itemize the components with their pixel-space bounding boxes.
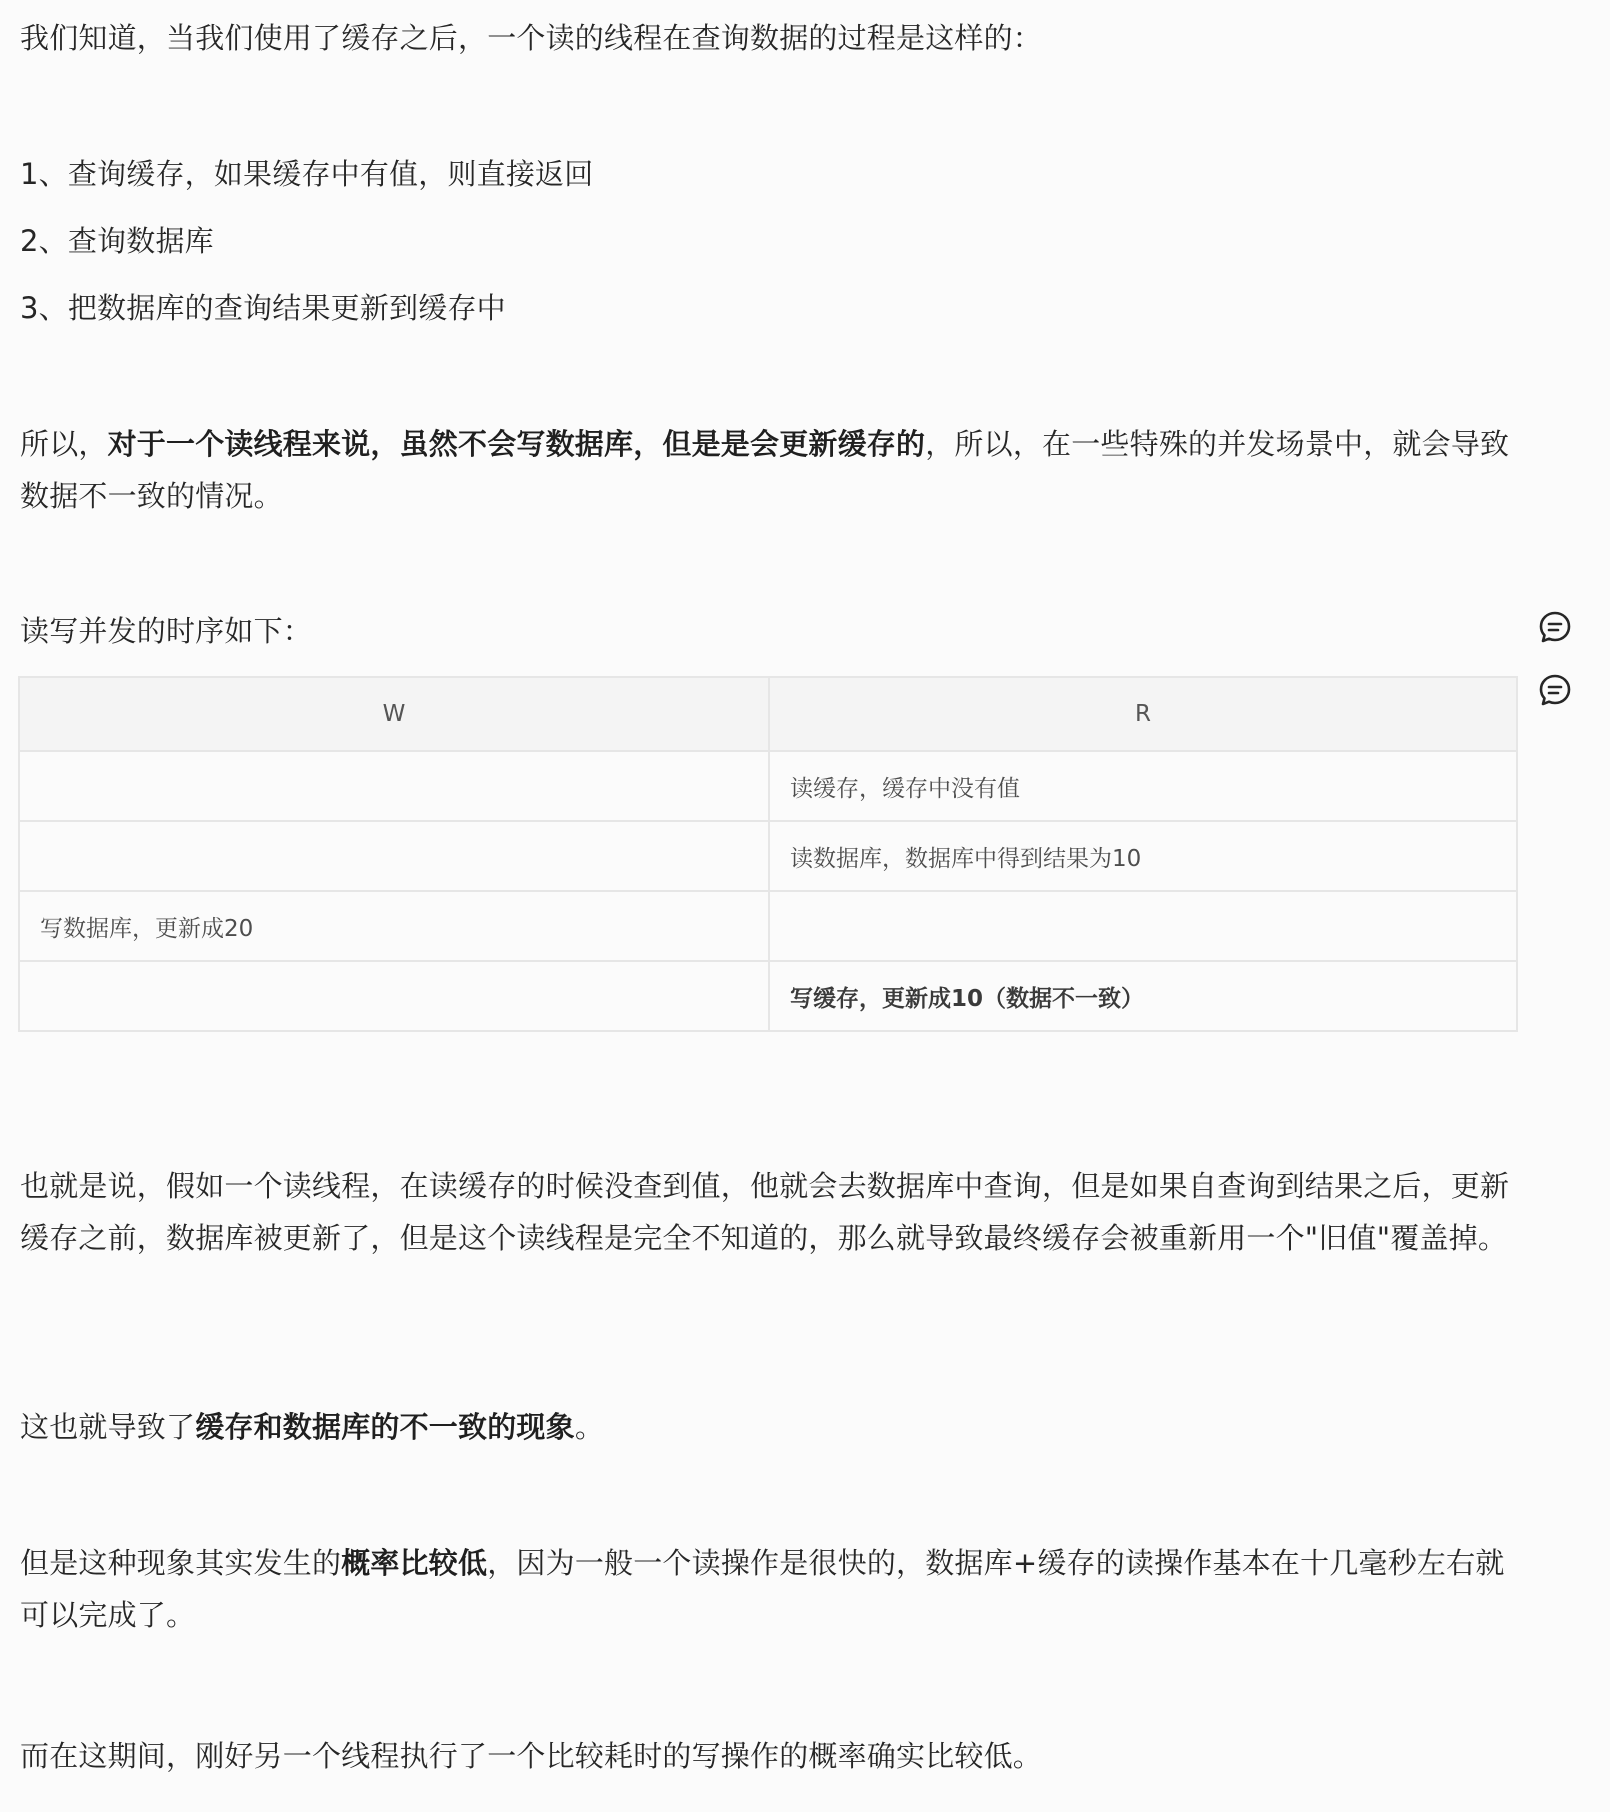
cell-w: 写数据库，更新成20: [19, 891, 769, 961]
cell-r: 读缓存，缓存中没有值: [769, 751, 1517, 821]
column-header-w: W: [19, 677, 769, 751]
read-thread-paragraph: 所以，对于一个读线程来说，虽然不会写数据库，但是是会更新缓存的，所以，在一些特殊…: [20, 418, 1520, 522]
table-row: 写缓存，更新成10（数据不一致）: [19, 961, 1517, 1031]
timing-label: 读写并发的时序如下：: [20, 605, 312, 657]
cell-w: [19, 961, 769, 1031]
closing-paragraph: 而在这期间，刚好另一个线程执行了一个比较耗时的写操作的概率确实比较低。: [20, 1730, 1042, 1782]
cell-r: [769, 891, 1517, 961]
cell-w: [19, 821, 769, 891]
text: 。: [575, 1410, 604, 1444]
cell-w: [19, 751, 769, 821]
table-header-row: W R: [19, 677, 1517, 751]
step-item: 1、查询缓存，如果缓存中有值，则直接返回: [20, 148, 593, 200]
text: 所以，: [20, 427, 108, 461]
table-row: 读数据库，数据库中得到结果为10: [19, 821, 1517, 891]
text: 但是这种现象其实发生的: [20, 1546, 341, 1580]
bold-text: 对于一个读线程来说，虽然不会写数据库，但是是会更新缓存的: [108, 427, 926, 461]
step-item: 3、把数据库的查询结果更新到缓存中: [20, 282, 506, 334]
column-header-r: R: [769, 677, 1517, 751]
step-item: 2、查询数据库: [20, 215, 214, 267]
table-row: 写数据库，更新成20: [19, 891, 1517, 961]
explanation-paragraph: 也就是说，假如一个读线程，在读缓存的时候没查到值，他就会去数据库中查询，但是如果…: [20, 1160, 1520, 1264]
cell-r: 写缓存，更新成10（数据不一致）: [769, 961, 1517, 1031]
bold-text: 概率比较低: [341, 1546, 487, 1580]
bold-text: 缓存和数据库的不一致的现象: [195, 1410, 575, 1444]
table-row: 读缓存，缓存中没有值: [19, 751, 1517, 821]
result-paragraph: 这也就导致了缓存和数据库的不一致的现象。: [20, 1401, 1520, 1453]
text: 这也就导致了: [20, 1410, 195, 1444]
comment-icon[interactable]: [1538, 673, 1572, 707]
intro-paragraph: 我们知道，当我们使用了缓存之后，一个读的线程在查询数据的过程是这样的：: [20, 12, 1042, 64]
probability-paragraph: 但是这种现象其实发生的概率比较低，因为一般一个读操作是很快的，数据库+缓存的读操…: [20, 1537, 1520, 1641]
cell-r: 读数据库，数据库中得到结果为10: [769, 821, 1517, 891]
comment-icon[interactable]: [1538, 610, 1572, 644]
read-write-timing-table: W R 读缓存，缓存中没有值 读数据库，数据库中得到结果为10 写数据库，更新成…: [18, 676, 1518, 1032]
